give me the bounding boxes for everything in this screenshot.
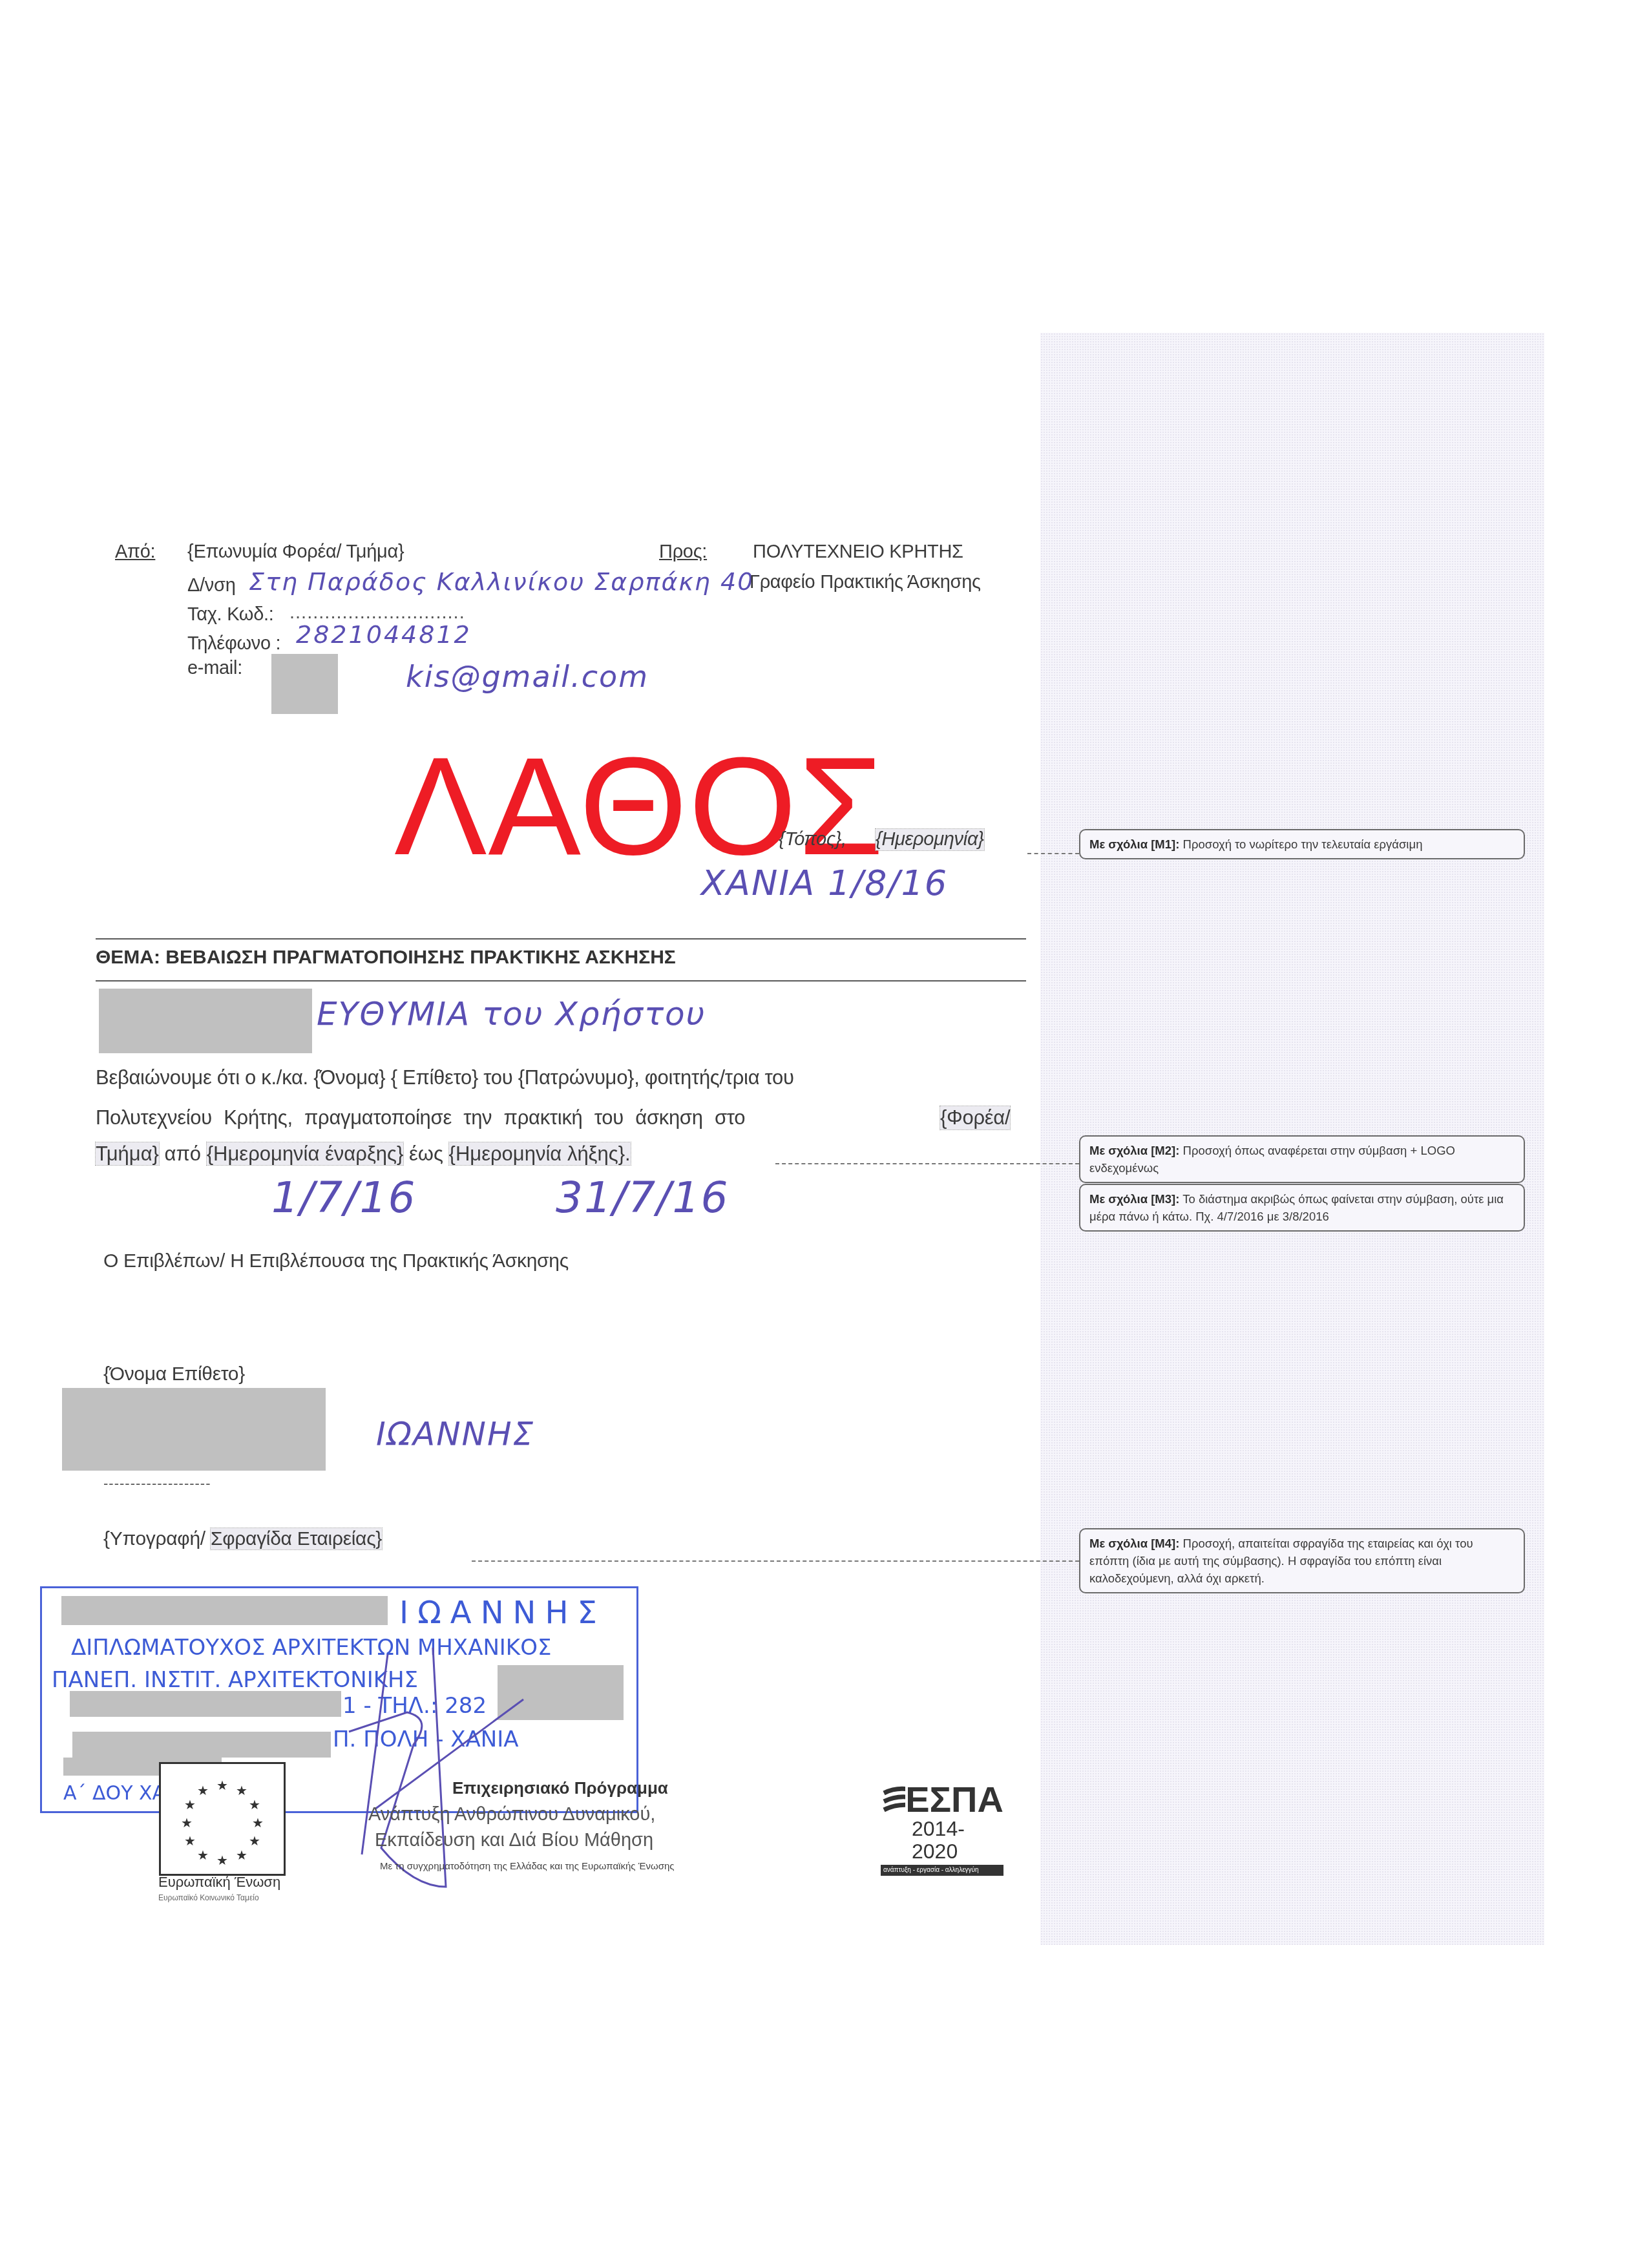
body-line-2: Πολυτεχνείου Κρήτης, πραγματοποίησε την … [96,1106,745,1129]
place-date-handwritten: ΧΑΝΙΑ 1/8/16 [701,863,948,903]
espa-years: 2014-2020 [912,1818,1003,1863]
espa-title: ΕΣΠΑ [905,1781,1003,1818]
subject-rule-top [96,938,1026,940]
postcode-label: Ταχ. Κωδ.: [187,604,274,625]
comment-m4[interactable]: Με σχόλια [M4]: Προσοχή, απαιτείται σφρα… [1079,1528,1525,1593]
start-date-handwritten: 1/7/16 [271,1173,416,1223]
espa-logo: ΕΣΠΑ 2014-2020 ανάπτυξη - εργασία - αλλη… [881,1781,1003,1876]
comment-connector-m1 [1027,853,1079,854]
comment-m4-tag: Με σχόλια [M4]: [1089,1537,1179,1550]
stamp-name: ΙΩΑΝΝΗΣ [399,1595,606,1631]
body-field-end-date: {Ημερομηνία λήξης}. [449,1142,631,1165]
body-line-1: Βεβαιώνουμε ότι ο κ./κα. {Όνομα} { Επίθε… [96,1066,1026,1089]
body-text-to: έως [409,1142,443,1165]
phone-label: Τηλέφωνο : [187,633,280,655]
email-label: e-mail: [187,658,242,679]
comment-m2-tag: Με σχόλια [M2]: [1089,1144,1179,1157]
signature-label-pre: {Υπογραφή/ [103,1528,205,1549]
supervisor-name-handwritten: ΙΩΑΝΝΗΣ [376,1415,534,1453]
redacted-supervisor-surname [62,1388,326,1471]
eu-flag-logo: ★★★ ★★★ ★★★ ★★★ [159,1762,286,1876]
redacted-stamp-surname [61,1596,388,1625]
body-text-from: από [165,1142,202,1165]
error-overlay-text: ΛΑΘΟΣ [394,737,885,876]
comment-m1-tag: Με σχόλια [M1]: [1089,837,1179,851]
svg-text:★: ★ [184,1798,196,1812]
subject-rule-bottom [96,980,1026,982]
comment-m2[interactable]: Με σχόλια [M2]: Προσοχή όπως αναφέρεται … [1079,1135,1525,1183]
supervisor-title: Ο Επιβλέπων/ Η Επιβλέπουσα της Πρακτικής… [103,1250,569,1272]
redacted-stamp-address [70,1691,341,1717]
svg-text:★: ★ [216,1779,228,1793]
place-placeholder: {Τόπος}, [779,829,846,850]
supervisor-name-placeholder: {Όνομα Επίθετο} [103,1363,245,1385]
svg-text:★: ★ [236,1784,247,1798]
comment-connector-m4 [472,1560,1079,1562]
comment-m1[interactable]: Με σχόλια [M1]: Προσοχή το νωρίτερο την … [1079,829,1525,859]
signature-label-field: Σφραγίδα Εταιρείας} [211,1528,382,1549]
svg-text:★: ★ [249,1834,260,1849]
end-date-handwritten: 31/7/16 [556,1173,729,1223]
program-line-2: Εκπαίδευση και Διά Βίου Μάθηση [375,1830,653,1851]
email-handwritten: kis@gmail.com [406,659,649,694]
eu-sub-label: Ευρωπαϊκό Κοινωνικό Ταμείο [158,1893,259,1902]
redacted-student-surname [99,989,312,1053]
svg-text:★: ★ [236,1849,247,1863]
comment-m3[interactable]: Με σχόλια [M3]: Το διάστημα ακριβώς όπως… [1079,1184,1525,1232]
signature-line: -------------------- [103,1475,211,1492]
svg-text:★: ★ [181,1816,193,1831]
comment-m1-text: Προσοχή το νωρίτερο την τελευταία εργάσι… [1183,837,1423,851]
sender-org-placeholder: {Επωνυμία Φορέα/ Τμήμα} [187,541,404,563]
sender-label: Από: [115,541,155,563]
program-cofund: Με τη συγχρηματοδότηση της Ελλάδας και τ… [380,1861,675,1872]
student-name-handwritten: ΕΥΘΥΜΙΑ του Χρήστου [317,995,706,1033]
body-line-3: Τμήμα} από {Ημερομηνία έναρξης} έως {Ημε… [96,1142,631,1166]
espa-slogan: ανάπτυξη - εργασία - αλληλεγγύη [881,1865,1003,1876]
address-label: Δ/νση [187,575,235,596]
subject-heading: ΘΕΜΑ: ΒΕΒΑΙΩΣΗ ΠΡΑΓΜΑΤΟΠΟΙΗΣΗΣ ΠΡΑΚΤΙΚΗΣ… [96,947,676,969]
svg-text:★: ★ [197,1784,209,1798]
espa-waves-icon [881,1783,905,1816]
body-field-start-date: {Ημερομηνία έναρξης} [207,1142,404,1165]
redacted-stamp-street [72,1732,331,1758]
svg-text:★: ★ [216,1854,228,1868]
date-placeholder: {Ημερομηνία} [876,829,984,850]
svg-text:★: ★ [197,1849,209,1863]
redacted-email-part [271,654,338,714]
address-handwritten: Στη Παράδος Καλλινίκου Σαρπάκη 40 [249,567,754,596]
svg-text:★: ★ [252,1816,264,1831]
program-line-1: Ανάπτυξη Ανθρώπινου Δυναμικού, [368,1804,655,1825]
eu-label: Ευρωπαϊκή Ένωση [158,1874,280,1891]
eu-stars-icon: ★★★ ★★★ ★★★ ★★★ [161,1764,284,1874]
signature-label: {Υπογραφή/ Σφραγίδα Εταιρείας} [103,1528,382,1550]
phone-handwritten: 2821044812 [296,620,472,649]
svg-text:★: ★ [184,1834,196,1849]
comment-m3-tag: Με σχόλια [M3]: [1089,1192,1179,1206]
recipient-line2: Γραφείο Πρακτικής Άσκησης [750,572,981,593]
recipient-label: Προς: [659,541,707,563]
body-field-org: {Φορέα/ [940,1106,1010,1129]
program-title: Επιχειρησιακό Πρόγραμμα [452,1778,668,1798]
body-field-department: Τμήμα} [96,1142,159,1165]
svg-text:★: ★ [249,1798,260,1812]
recipient-line1: ΠΟΛΥΤΕΧΝΕΙΟ ΚΡΗΤΗΣ [753,541,963,563]
comment-connector-m2 [775,1163,1079,1164]
